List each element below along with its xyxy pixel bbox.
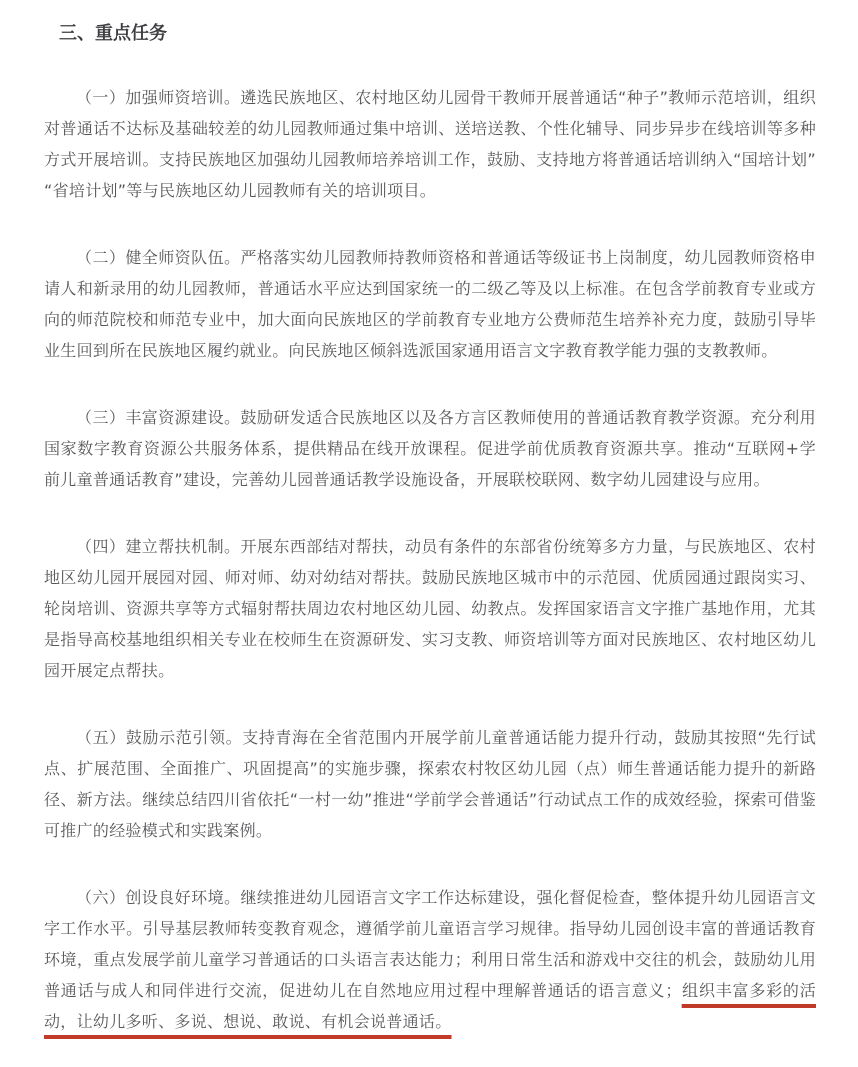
- document-body: 三、重点任务 （一）加强师资培训。遴选民族地区、农村地区幼儿园骨干教师开展普通话…: [0, 0, 858, 1067]
- paragraph-2: （二）健全师资队伍。严格落实幼儿园教师持教师资格和普通话等级证书上岗制度，幼儿园…: [44, 242, 816, 366]
- section-title: 三、重点任务: [59, 22, 816, 46]
- paragraph-6: （六）创设良好环境。继续推进幼儿园语言文字工作达标建设，强化督促检查，整体提升幼…: [44, 882, 816, 1037]
- paragraph-3: （三）丰富资源建设。鼓励研发适合民族地区以及各方言区教师使用的普通话教育教学资源…: [44, 402, 816, 495]
- paragraph-4: （四）建立帮扶机制。开展东西部结对帮扶，动员有条件的东部省份统筹多方力量，与民族…: [44, 531, 816, 686]
- paragraph-1: （一）加强师资培训。遴选民族地区、农村地区幼儿园骨干教师开展普通话“种子”教师示…: [44, 82, 816, 206]
- paragraph-5: （五）鼓励示范引领。支持青海在全省范围内开展学前儿童普通话能力提升行动，鼓励其按…: [44, 722, 816, 846]
